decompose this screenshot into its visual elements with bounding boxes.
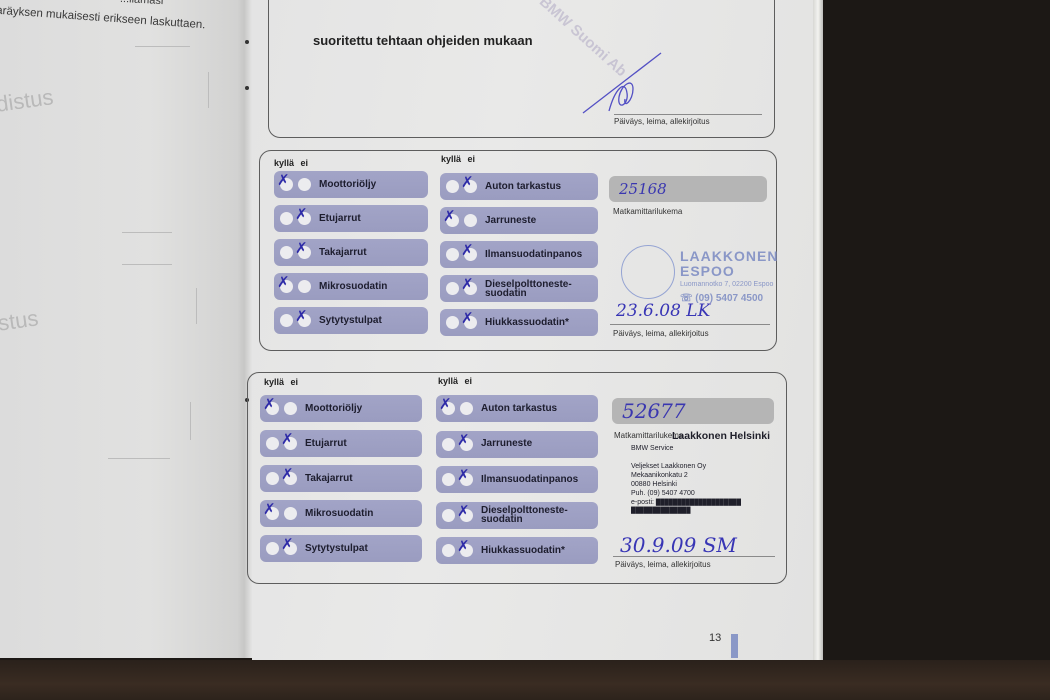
checkbox-yes[interactable]: ✗ [280, 178, 293, 191]
checkbox-no[interactable]: ✗ [460, 473, 473, 486]
signature-line [613, 556, 775, 557]
page-edge [813, 0, 823, 660]
check-mark-icon: ✗ [443, 209, 456, 224]
signature-scribble [581, 49, 671, 119]
check-mark-icon: ✗ [281, 537, 294, 552]
checkbox-yes[interactable] [442, 509, 455, 522]
staple [245, 86, 249, 90]
checkbox-no[interactable]: ✗ [298, 314, 311, 327]
checkbox-no[interactable]: ✗ [298, 246, 311, 259]
check-mark-icon: ✗ [457, 468, 470, 483]
checkbox-yes[interactable] [280, 314, 293, 327]
checkbox-yes[interactable] [442, 438, 455, 451]
signature-label: Päiväys, leima, allekirjoitus [613, 329, 709, 338]
dealer-phone: Puh. (09) 5407 4700 [631, 490, 695, 498]
checklist-item-label: Etujarrut [305, 439, 347, 449]
column-header-right: kyllä ei [438, 376, 472, 386]
checklist-item-label: Auton tarkastus [481, 404, 557, 414]
checklist-item-label: Ilmansuodatinpanos [481, 475, 578, 485]
ghost-heading-2: stus [0, 305, 40, 336]
staple [245, 40, 249, 44]
checklist-item: ✗Ilmansuodatinpanos [436, 466, 598, 493]
checkbox-no[interactable]: ✗ [298, 212, 311, 225]
no-header: ei [301, 158, 309, 168]
odometer-field[interactable]: 25168 [609, 176, 767, 202]
signature-label: Päiväys, leima, allekirjoitus [614, 117, 710, 126]
checkbox-yes[interactable] [266, 542, 279, 555]
checklist-item: ✗Dieselpolttoneste- suodatin [440, 275, 598, 302]
checklist-item-label: Dieselpolttoneste- suodatin [485, 280, 572, 298]
checklist-item-label: Mikrosuodatin [305, 509, 373, 519]
column-header-left: kyllä ei [274, 158, 308, 168]
checkbox-no[interactable]: ✗ [464, 282, 477, 295]
checklist-item: ✗Hiukkassuodatin* [440, 309, 598, 336]
checkbox-yes[interactable] [266, 437, 279, 450]
stamp-city: ESPOO [680, 263, 735, 279]
checkbox-no[interactable] [298, 178, 311, 191]
column-header-left: kyllä ei [264, 377, 298, 387]
stamp-name: LAAKKONEN [680, 248, 778, 264]
intro-text-line-2: aräyksen mukaisesti erikseen laskuttaen. [0, 5, 206, 32]
checkbox-yes[interactable] [280, 212, 293, 225]
signature-label: Päiväys, leima, allekirjoitus [615, 560, 711, 569]
checklist-item: ✗Sytytystulpat [260, 535, 422, 562]
checkbox-yes[interactable]: ✗ [266, 402, 279, 415]
checkbox-no[interactable] [284, 507, 297, 520]
service-statement: suoritettu tehtaan ohjeiden mukaan [313, 33, 533, 48]
check-mark-icon: ✗ [457, 504, 470, 519]
checklist-item: ✗Hiukkassuodatin* [436, 537, 598, 564]
check-mark-icon: ✗ [263, 502, 276, 517]
checklist-item: ✗Takajarrut [274, 239, 428, 266]
checkbox-yes[interactable]: ✗ [280, 280, 293, 293]
checklist-item-label: Dieselpolttoneste- suodatin [481, 506, 568, 524]
checkbox-no[interactable] [460, 402, 473, 415]
check-mark-icon: ✗ [281, 432, 294, 447]
checkbox-yes[interactable] [446, 248, 459, 261]
checkbox-no[interactable]: ✗ [464, 316, 477, 329]
no-header: ei [291, 377, 299, 387]
page-number: 13 [709, 632, 721, 644]
checkbox-yes[interactable] [446, 180, 459, 193]
page-tab-marker [731, 634, 738, 658]
checkbox-no[interactable] [284, 402, 297, 415]
yes-header: kyllä [274, 158, 294, 168]
checklist-item-label: Mikrosuodatin [319, 282, 387, 292]
check-mark-icon: ✗ [461, 311, 474, 326]
checkbox-yes[interactable]: ✗ [266, 507, 279, 520]
odometer-field[interactable]: 52677 [612, 398, 774, 424]
checklist-item: ✗Mikrosuodatin [260, 500, 422, 527]
checkbox-no[interactable]: ✗ [284, 437, 297, 450]
check-mark-icon: ✗ [277, 275, 290, 290]
checkbox-yes[interactable] [446, 316, 459, 329]
check-mark-icon: ✗ [295, 207, 308, 222]
checklist-item-label: Hiukkassuodatin* [485, 318, 569, 328]
no-header: ei [468, 154, 476, 164]
handwritten-date: 23.6.08 LK [616, 301, 710, 321]
checkbox-no[interactable]: ✗ [460, 544, 473, 557]
faint-rule [122, 264, 172, 265]
checkbox-yes[interactable] [442, 473, 455, 486]
checkbox-yes[interactable]: ✗ [446, 214, 459, 227]
table-surface [0, 660, 1050, 700]
checklist-item: ✗Auton tarkastus [436, 395, 598, 422]
previous-service-box: suoritettu tehtaan ohjeiden mukaan © Oy … [268, 0, 775, 138]
checkbox-no[interactable]: ✗ [284, 472, 297, 485]
checklist-item: ✗Ilmansuodatinpanos [440, 241, 598, 268]
checkbox-yes[interactable] [266, 472, 279, 485]
checklist-item-label: Jarruneste [485, 216, 536, 226]
checkbox-no[interactable]: ✗ [460, 509, 473, 522]
email-prefix: e-posti: [631, 499, 654, 506]
checklist-item: ✗Dieselpolttoneste- suodatin [436, 502, 598, 529]
checklist-item-label: Ilmansuodatinpanos [485, 250, 582, 260]
checklist-item-label: Auton tarkastus [485, 182, 561, 192]
checkbox-no[interactable]: ✗ [460, 438, 473, 451]
dealer-postal: 00880 Helsinki [631, 481, 677, 489]
dealer-email: e-posti: ████████████████████ [631, 499, 741, 507]
checkbox-yes[interactable] [280, 246, 293, 259]
checkbox-no[interactable]: ✗ [464, 248, 477, 261]
odometer-label: Matkamittarilukema [613, 207, 682, 216]
check-mark-icon: ✗ [439, 397, 452, 412]
checkbox-yes[interactable] [446, 282, 459, 295]
check-mark-icon: ✗ [461, 243, 474, 258]
email-redacted-line2: ██████████████ [631, 508, 691, 515]
dealer-title: Laakkonen Helsinki [672, 430, 770, 442]
checklist-item: ✗Takajarrut [260, 465, 422, 492]
checklist-item: ✗Jarruneste [436, 431, 598, 458]
checkbox-no[interactable]: ✗ [464, 180, 477, 193]
check-mark-icon: ✗ [277, 173, 290, 188]
check-mark-icon: ✗ [461, 277, 474, 292]
handwritten-date: 30.9.09 SM [620, 533, 737, 557]
stamp-circle [621, 245, 675, 299]
yes-header: kyllä [264, 377, 284, 387]
checklist-item-label: Takajarrut [305, 474, 353, 484]
stamp-address: Luomannotko 7, 02200 Espoo [680, 281, 773, 288]
checklist-item-label: Sytytystulpat [319, 316, 382, 326]
checkbox-no[interactable] [464, 214, 477, 227]
email-redacted: ████████████████████ [656, 500, 741, 506]
no-header: ei [465, 376, 473, 386]
faint-rule [108, 458, 170, 459]
check-mark-icon: ✗ [295, 309, 308, 324]
check-mark-icon: ✗ [295, 241, 308, 256]
faint-rule [196, 288, 197, 324]
checklist-item-label: Moottoriöljy [305, 404, 362, 414]
intro-text-line-1: ...ilamasi [120, 0, 164, 7]
checklist-item-label: Moottoriöljy [319, 180, 376, 190]
checklist-item: ✗Etujarrut [274, 205, 428, 232]
dealer-street: Mekaanikonkatu 2 [631, 472, 688, 480]
checklist-item-label: Etujarrut [319, 214, 361, 224]
checkbox-no[interactable]: ✗ [284, 542, 297, 555]
faint-rule [122, 232, 172, 233]
check-mark-icon: ✗ [281, 467, 294, 482]
faint-rule [135, 46, 190, 47]
ghost-heading-1: distus [0, 84, 55, 118]
checklist-item: ✗Mikrosuodatin [274, 273, 428, 300]
dealer-subtitle: BMW Service [631, 445, 673, 453]
checklist-item: ✗Auton tarkastus [440, 173, 598, 200]
service-record-2: kyllä ei kyllä ei ✗Moottoriöljy✗Etujarru… [247, 372, 787, 584]
checkbox-yes[interactable]: ✗ [442, 402, 455, 415]
checklist-item-label: Takajarrut [319, 248, 367, 258]
checklist-item: ✗Etujarrut [260, 430, 422, 457]
checklist-item-label: Sytytystulpat [305, 544, 368, 554]
faint-rule [190, 402, 191, 440]
faint-rule [208, 72, 209, 108]
dealer-company: Veljekset Laakkonen Oy [631, 463, 706, 471]
check-mark-icon: ✗ [263, 397, 276, 412]
yes-header: kyllä [441, 154, 461, 164]
checklist-item: ✗Moottoriöljy [260, 395, 422, 422]
signature-line [610, 324, 770, 325]
check-mark-icon: ✗ [461, 175, 474, 190]
column-header-right: kyllä ei [441, 154, 475, 164]
checklist-item: ✗Jarruneste [440, 207, 598, 234]
checklist-item: ✗Moottoriöljy [274, 171, 428, 198]
checklist-item: ✗Sytytystulpat [274, 307, 428, 334]
checklist-item-label: Hiukkassuodatin* [481, 546, 565, 556]
check-mark-icon: ✗ [457, 539, 470, 554]
left-page: ...ilamasi aräyksen mukaisesti erikseen … [0, 0, 250, 658]
check-mark-icon: ✗ [457, 433, 470, 448]
yes-header: kyllä [438, 376, 458, 386]
service-record-1: kyllä ei kyllä ei ✗Moottoriöljy✗Etujarru… [259, 150, 777, 351]
checklist-item-label: Jarruneste [481, 439, 532, 449]
checkbox-yes[interactable] [442, 544, 455, 557]
checkbox-no[interactable] [298, 280, 311, 293]
signature-line [614, 114, 762, 115]
